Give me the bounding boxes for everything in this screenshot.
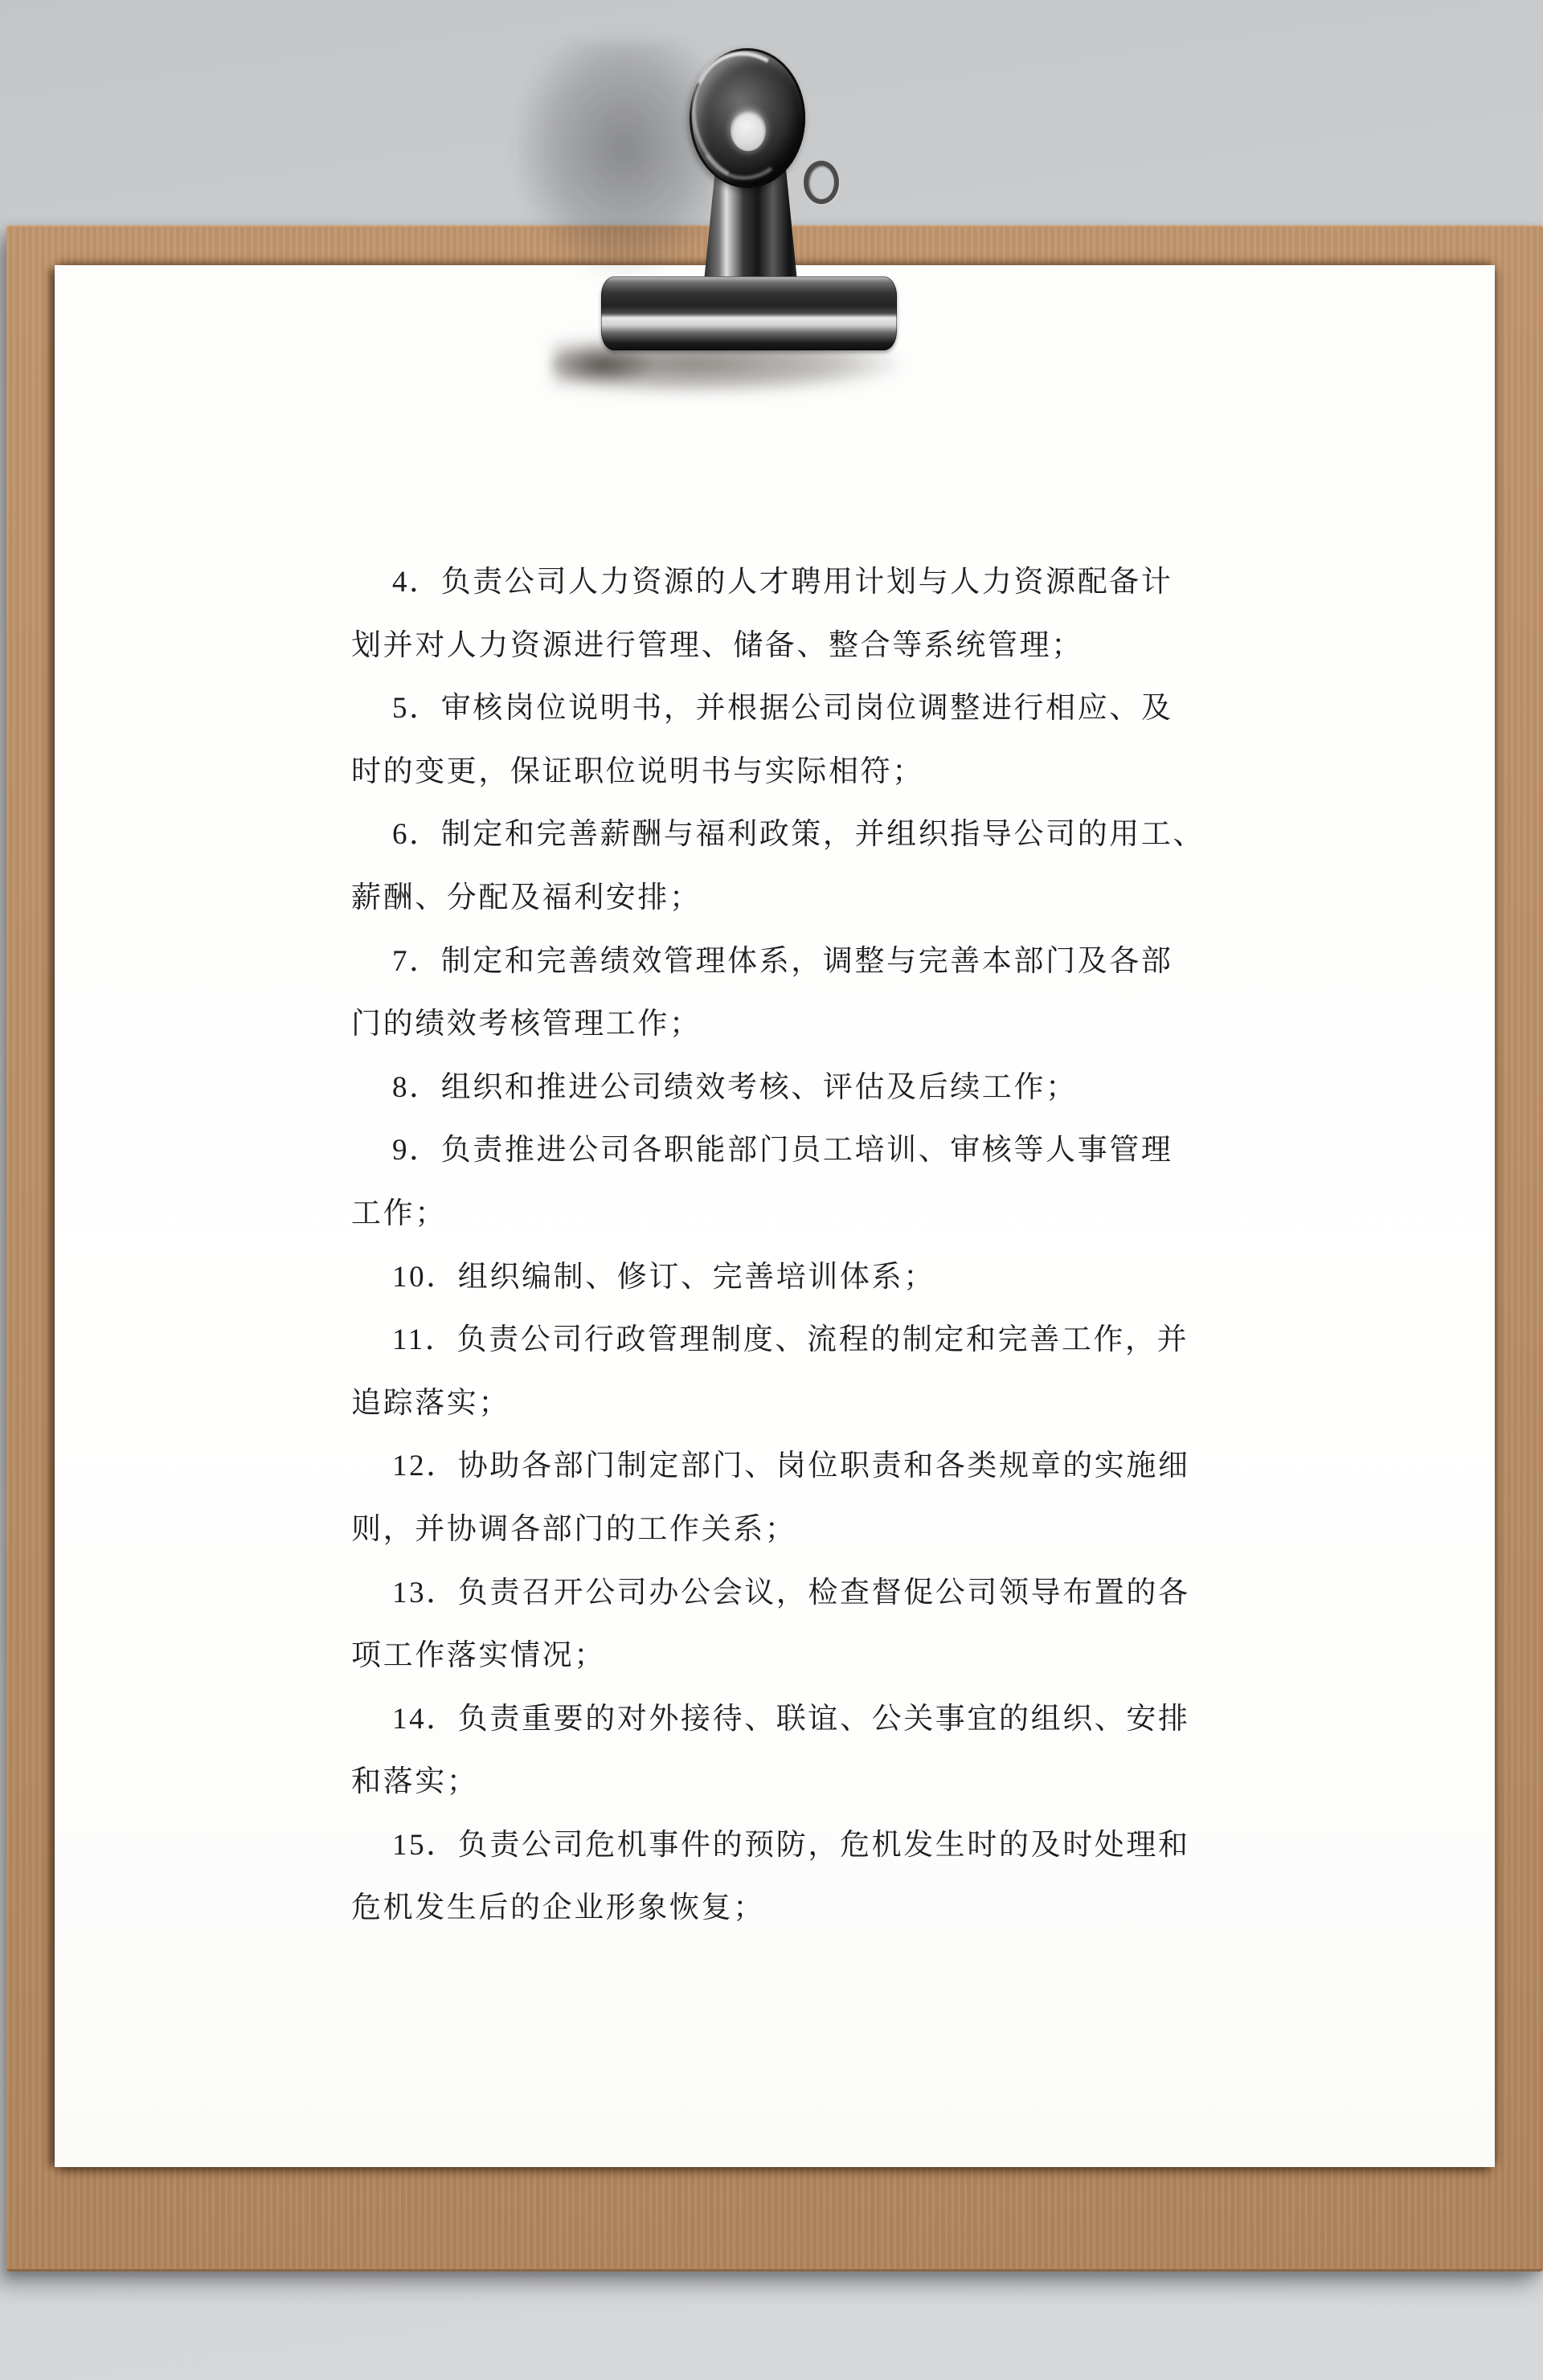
document-line: 时的变更，保证职位说明书与实际相符； <box>351 741 1267 804</box>
document-line: 则，并协调各部门的工作关系； <box>351 1499 1267 1562</box>
document-line: 14．负责重要的对外接待、联谊、公关事宜的组织、安排 <box>351 1688 1267 1752</box>
responsibility-list: 4．负责公司人力资源的人才聘用计划与人力资源配备计划并对人力资源进行管理、储备、… <box>351 551 1267 1940</box>
photo-background: 4．负责公司人力资源的人才聘用计划与人力资源配备计划并对人力资源进行管理、储备、… <box>0 0 1543 2380</box>
document-line: 危机发生后的企业形象恢复； <box>351 1877 1267 1940</box>
document-line: 划并对人力资源进行管理、储备、整合等系统管理； <box>351 615 1267 678</box>
document-line: 9．负责推进公司各职能部门员工培训、审核等人事管理 <box>351 1119 1267 1183</box>
paper-sheet: 4．负责公司人力资源的人才聘用计划与人力资源配备计划并对人力资源进行管理、储备、… <box>55 265 1495 2167</box>
document-line: 6．制定和完善薪酬与福利政策，并组织指导公司的用工、 <box>351 804 1267 867</box>
document-line: 工作； <box>351 1183 1267 1246</box>
document-line: 门的绩效考核管理工作； <box>351 993 1267 1057</box>
document-line: 11．负责公司行政管理制度、流程的制定和完善工作，并 <box>351 1309 1267 1372</box>
document-line: 8．组织和推进公司绩效考核、评估及后续工作； <box>351 1057 1267 1120</box>
clip-hole <box>731 109 766 151</box>
document-line: 7．制定和完善绩效管理体系，调整与完善本部门及各部 <box>351 930 1267 994</box>
document-line: 项工作落实情况； <box>351 1625 1267 1688</box>
clip-spring-circle <box>690 48 805 188</box>
document-line: 10．组织编制、修订、完善培训体系； <box>351 1246 1267 1310</box>
clip-lever-hook <box>804 161 839 204</box>
document-line: 13．负责召开公司办公会议，检查督促公司领导布置的各 <box>351 1562 1267 1626</box>
document-line: 12．协助各部门制定部门、岗位职责和各类规章的实施细 <box>351 1435 1267 1499</box>
document-line: 和落实； <box>351 1751 1267 1814</box>
document-line: 15．负责公司危机事件的预防，危机发生时的及时处理和 <box>351 1814 1267 1878</box>
clip-grip-bar <box>601 276 897 350</box>
document-line: 5．审核岗位说明书，并根据公司岗位调整进行相应、及 <box>351 677 1267 741</box>
document-line: 追踪落实； <box>351 1372 1267 1436</box>
document-line: 4．负责公司人力资源的人才聘用计划与人力资源配备计 <box>351 551 1267 615</box>
document-line: 薪酬、分配及福利安排； <box>351 867 1267 930</box>
clip-wall-shadow <box>511 40 717 281</box>
